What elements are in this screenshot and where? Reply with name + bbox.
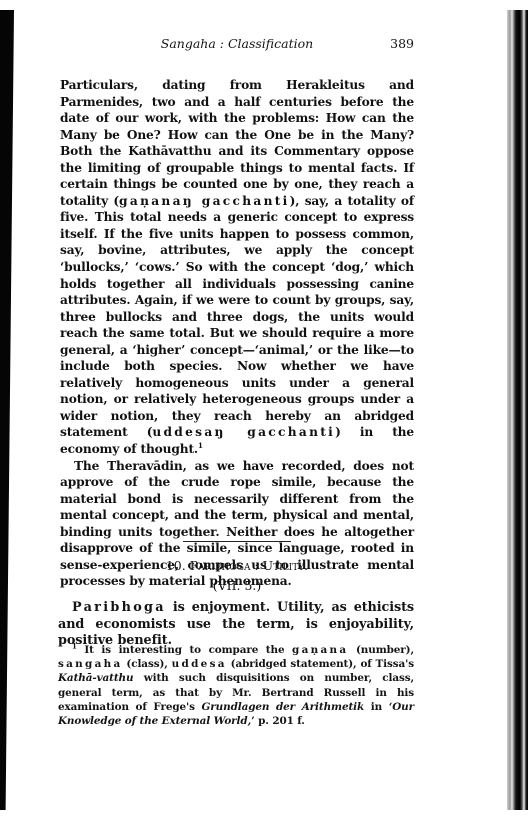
section-reference: (VII. 5.) bbox=[60, 578, 414, 593]
body-text: Particulars, dating from Herakleitus and… bbox=[60, 77, 414, 590]
page-edge-right bbox=[507, 10, 528, 810]
running-title: Sangaha : Classification bbox=[60, 36, 414, 51]
pali-term: uddesaŋ gacchanti bbox=[152, 425, 335, 439]
page-number: 389 bbox=[390, 36, 414, 51]
footnote: 1 It is interesting to compare the gaṇan… bbox=[58, 643, 414, 728]
book-title: Grundlagen der Arithmetik bbox=[202, 701, 365, 713]
pali-term: gaṇanaŋ gacchanti bbox=[119, 194, 290, 208]
book-title: Kathā-vatthu bbox=[58, 672, 133, 684]
pali-term: Paribhoga bbox=[72, 600, 166, 615]
running-head: Sangaha : Classification 389 bbox=[60, 36, 414, 54]
page-gutter-shadow-left bbox=[0, 10, 14, 810]
section-divider bbox=[183, 541, 291, 542]
book-page: Sangaha : Classification 389 Particulars… bbox=[0, 0, 529, 818]
paragraph-1: Particulars, dating from Herakleitus and… bbox=[60, 77, 414, 458]
section-heading: 10. Paribhoga : Utility. bbox=[60, 558, 414, 573]
footnote-reference: 1 bbox=[198, 441, 203, 450]
